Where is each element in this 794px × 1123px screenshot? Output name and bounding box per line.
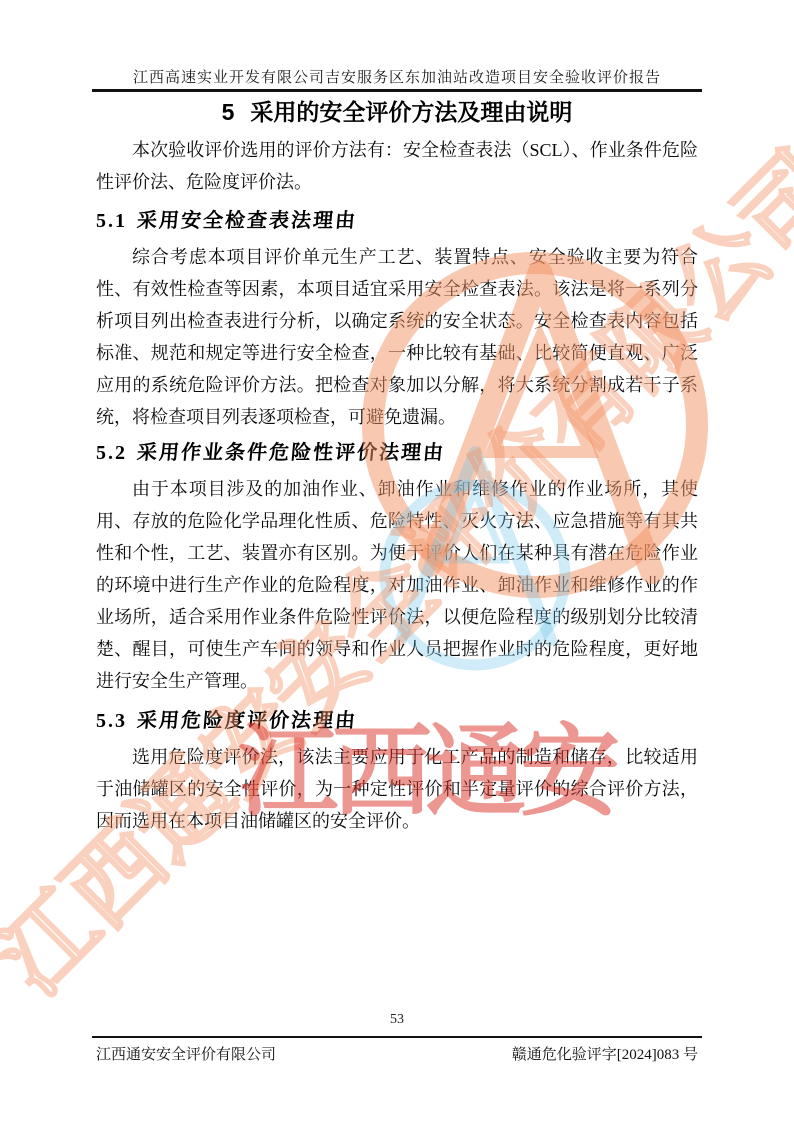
section-heading-text: 采用安全检查表法理由 bbox=[136, 207, 358, 235]
section-number: 5.2 bbox=[96, 442, 127, 464]
footer-doc-number: 赣通危化验评字[2024]083 号 bbox=[512, 1043, 698, 1064]
section-number: 5.1 bbox=[96, 210, 127, 232]
section-heading-text: 采用作业条件危险性评价法理由 bbox=[136, 439, 446, 467]
footer-company: 江西通安安全评价有限公司 bbox=[96, 1043, 276, 1064]
section-paragraph-5-1: 综合考虑本项目评价单元生产工艺、装置特点、安全验收主要为符合性、有效性检查等因素… bbox=[96, 241, 698, 433]
chapter-title-text: 采用的安全评价方法及理由说明 bbox=[250, 99, 572, 125]
section-number: 5.3 bbox=[96, 710, 127, 732]
page-header: 江西高速实业开发有限公司吉安服务区东加油站改造项目安全验收评价报告 bbox=[96, 66, 698, 87]
section-paragraph-5-2: 由于本项目涉及的加油作业、卸油作业和维修作业的作业场所，其使用、存放的危险化学品… bbox=[96, 473, 698, 697]
section-heading-5-3: 5.3采用危险度评价法理由 bbox=[96, 707, 698, 735]
report-page: 江西高速实业开发有限公司吉安服务区东加油站改造项目安全验收评价报告 5采用的安全… bbox=[0, 0, 794, 1123]
section-heading-text: 采用危险度评价法理由 bbox=[136, 707, 358, 735]
chapter-number: 5 bbox=[222, 99, 235, 125]
footer-rule bbox=[92, 1036, 702, 1038]
intro-paragraph: 本次验收评价选用的评价方法有：安全检查表法（SCL）、作业条件危险性评价法、危险… bbox=[96, 134, 698, 198]
page-content: 江西高速实业开发有限公司吉安服务区东加油站改造项目安全验收评价报告 5采用的安全… bbox=[0, 0, 794, 1123]
section-paragraph-5-3: 选用危险度评价法，该法主要应用于化工产品的制造和储存，比较适用于油储罐区的安全性… bbox=[96, 741, 698, 837]
chapter-title: 5采用的安全评价方法及理由说明 bbox=[0, 97, 794, 127]
page-number: 53 bbox=[0, 1012, 794, 1028]
section-heading-5-1: 5.1采用安全检查表法理由 bbox=[96, 207, 698, 235]
footer: 江西通安安全评价有限公司 赣通危化验评字[2024]083 号 bbox=[96, 1043, 698, 1064]
section-heading-5-2: 5.2采用作业条件危险性评价法理由 bbox=[96, 439, 698, 467]
header-rule bbox=[92, 89, 702, 92]
